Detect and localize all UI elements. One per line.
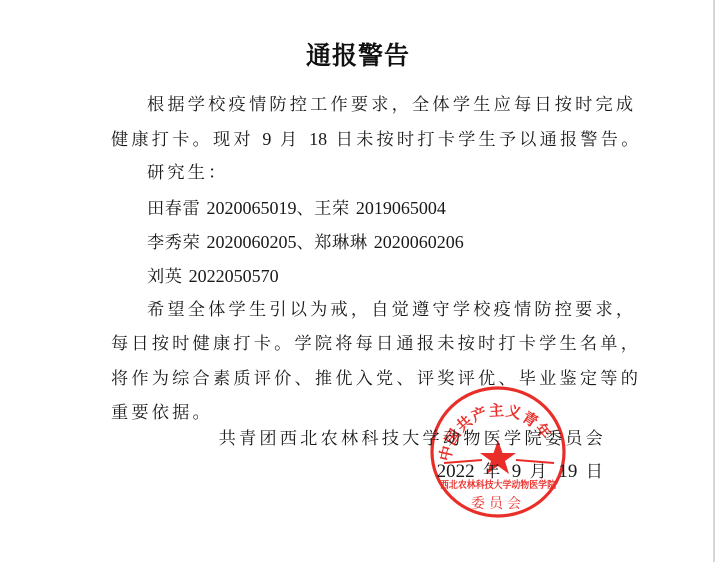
paragraph1-line2-part-b: 月: [271, 130, 309, 150]
issue-date: 2022 年 9 月 19 日: [437, 457, 606, 483]
student-name: 王荣: [314, 199, 350, 219]
document-body: 根据学校疫情防控工作要求，全体学生应每日按时完成 健康打卡。现对 9 月 18 …: [111, 88, 611, 430]
paragraph1-line1: 根据学校疫情防控工作要求，全体学生应每日按时完成: [111, 88, 611, 122]
notice-day: 18: [309, 129, 327, 149]
student-list-row: 田春雷 2020065019、王荣 2019065004: [111, 191, 611, 225]
issuer-signature: 共青团西北农林科技大学动物医学院委员会: [219, 424, 606, 449]
seal-icon: 中国共产主义青年团 西北农林科技大学动物医学院 委员会: [428, 384, 568, 520]
student-list-row: 李秀荣 2020060205、郑琳琳 2020060206: [111, 225, 611, 259]
document-title: 通报警告: [0, 36, 716, 72]
official-seal-stamp: 中国共产主义青年团 西北农林科技大学动物医学院 委员会: [428, 384, 568, 520]
date-day: 19: [558, 461, 577, 482]
paragraph2-line1: 希望全体学生引以为戒，自觉遵守学校疫情防控要求，: [111, 293, 611, 327]
date-year-unit: 年: [475, 462, 512, 482]
date-month: 9: [512, 461, 522, 482]
student-id: 2020060205: [206, 232, 296, 252]
student-id: 2022050570: [189, 266, 279, 286]
page-edge-divider: [713, 0, 715, 562]
date-day-unit: 日: [577, 462, 606, 482]
paragraph1-line2-part-c: 日未按时打卡学生予以通报警告。: [327, 130, 641, 150]
student-list-row: 刘英 2022050570: [111, 259, 611, 293]
student-name: 田春雷: [147, 199, 200, 219]
paragraph1-line2-part-a: 健康打卡。现对: [111, 130, 262, 150]
student-name: 李秀荣: [147, 233, 200, 253]
student-id: 2020060206: [374, 232, 464, 252]
list-separator: 、: [296, 233, 314, 253]
student-name: 郑琳琳: [314, 233, 367, 253]
paragraph1-line2: 健康打卡。现对 9 月 18 日未按时打卡学生予以通报警告。: [111, 122, 611, 156]
svg-text:委员会: 委员会: [471, 496, 525, 512]
date-month-unit: 月: [521, 462, 558, 482]
paragraph2-line2: 每日按时健康打卡。学院将每日通报未按时打卡学生名单，: [111, 327, 611, 361]
student-id: 2019065004: [356, 198, 446, 218]
date-year: 2022: [437, 461, 475, 482]
student-name: 刘英: [147, 267, 183, 287]
list-separator: 、: [296, 199, 314, 219]
student-id: 2020065019: [206, 198, 296, 218]
category-label: 研究生：: [111, 156, 611, 190]
